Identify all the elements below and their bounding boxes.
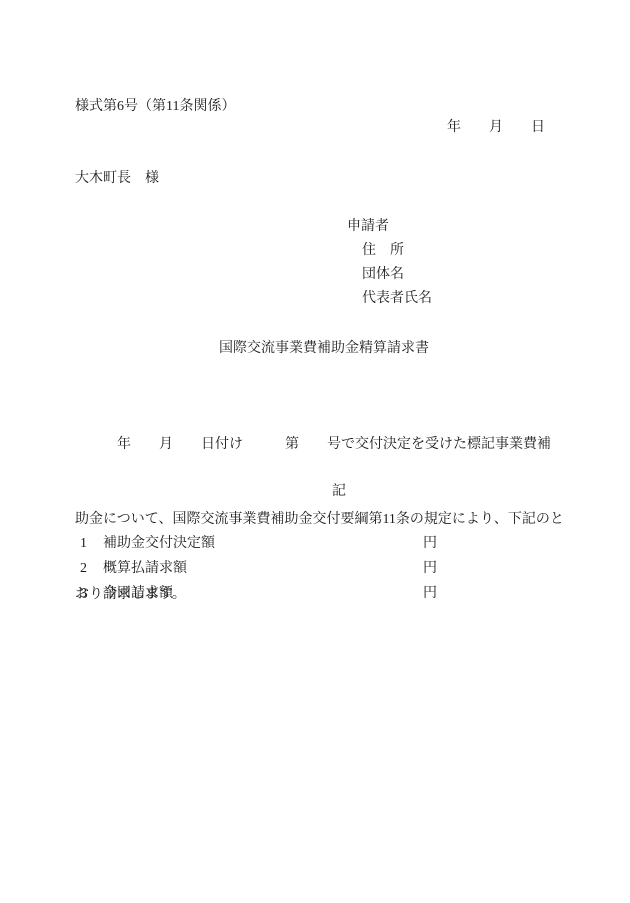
item-label: 補助金交付決定額 — [103, 531, 215, 556]
item-label: 今回請求額 — [103, 581, 173, 606]
item-unit: 円 — [423, 531, 437, 556]
applicant-field-organization: 団体名 — [362, 262, 404, 287]
date-line: 年 月 日 — [447, 115, 545, 140]
addressee: 大木町長 様 — [75, 166, 159, 191]
body-line: 年 月 日付け 第 号で交付決定を受けた標記事業費補 — [75, 432, 630, 457]
form-number: 様式第6号（第11条関係） — [75, 94, 235, 119]
item-row: 2 概算払請求額 円 — [75, 556, 630, 581]
body-line: 助金について、国際交流事業費補助金交付要綱第11条の規定により、下記のと — [75, 507, 630, 532]
record-marker: 記 — [75, 479, 603, 504]
document-page: 様式第6号（第11条関係） 年 月 日 大木町長 様 申請者 住 所 団体名 代… — [0, 0, 630, 903]
applicant-field-representative: 代表者氏名 — [362, 286, 432, 311]
item-number: 1 — [80, 531, 87, 556]
document-title: 国際交流事業費補助金精算請求書 — [75, 336, 573, 361]
item-unit: 円 — [423, 556, 437, 581]
body-paragraph: 年 月 日付け 第 号で交付決定を受けた標記事業費補 助金について、国際交流事業… — [75, 382, 630, 657]
applicant-heading: 申請者 — [347, 214, 389, 239]
item-row: 3 今回請求額 円 — [75, 581, 630, 606]
applicant-field-address: 住 所 — [362, 238, 404, 263]
item-unit: 円 — [423, 581, 437, 606]
item-number: 3 — [80, 581, 87, 606]
item-number: 2 — [80, 556, 87, 581]
item-row: 1 補助金交付決定額 円 — [75, 531, 630, 556]
item-label: 概算払請求額 — [103, 556, 187, 581]
